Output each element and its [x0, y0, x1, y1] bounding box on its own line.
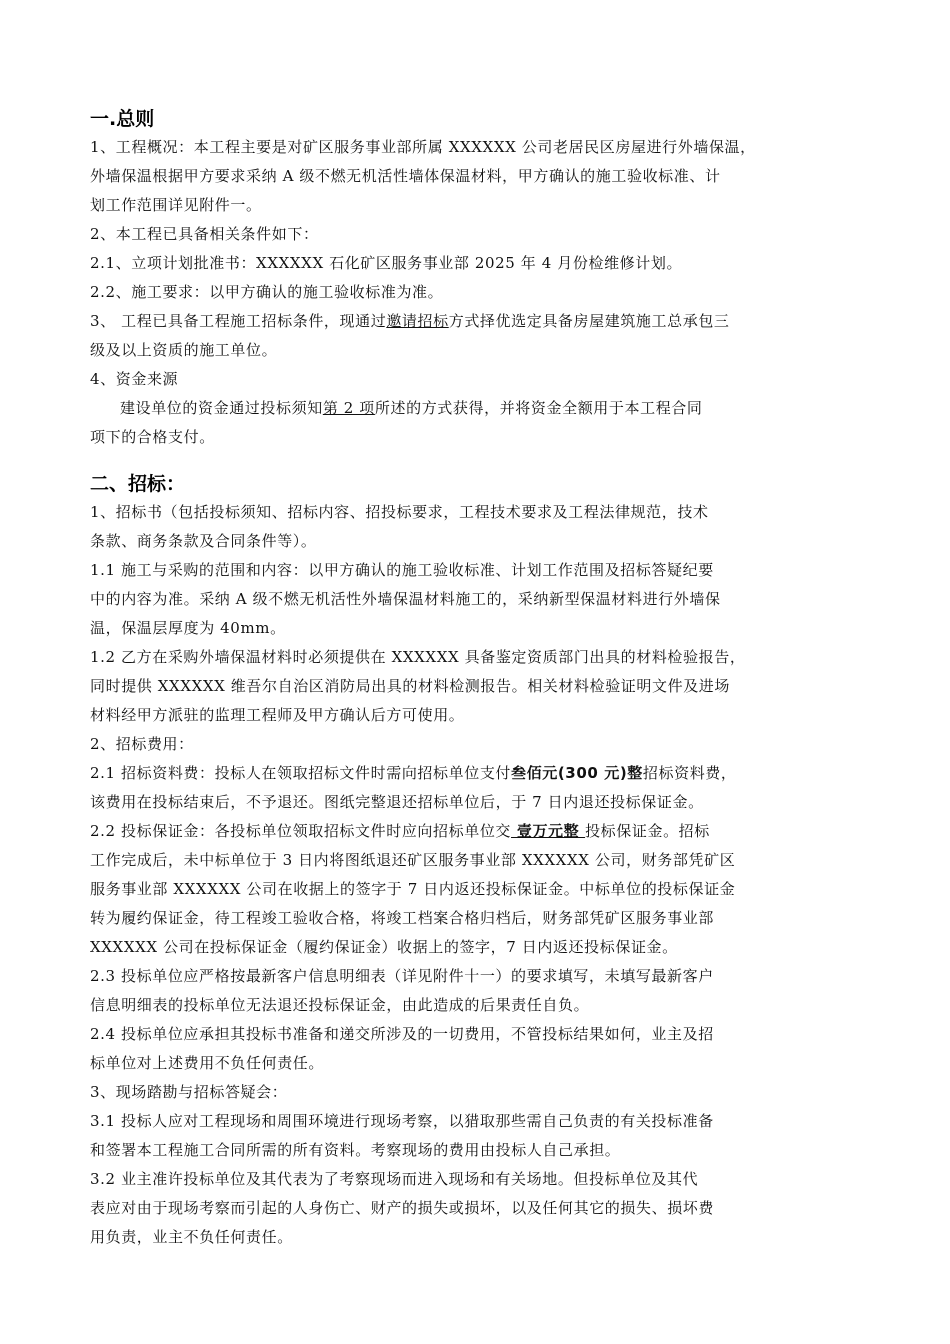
section-heading-bidding: 二、招标：	[90, 470, 865, 498]
section-heading-general: 一.总则	[90, 105, 865, 133]
text: 2.2 投标保证金：各投标单位领取招标文件时应向招标单位交	[90, 822, 511, 840]
section-gap	[90, 452, 865, 470]
text: 所述的方式获得，并将资金全额用于本工程合同	[375, 399, 703, 417]
paragraph-line: 项下的合格支付。	[90, 423, 865, 452]
paragraph-line: 用负责，业主不负任何责任。	[90, 1223, 865, 1252]
paragraph-line: 条款、商务条款及合同条件等）。	[90, 527, 865, 556]
paragraph-line: 1、工程概况：本工程主要是对矿区服务事业部所属 XXXXXX 公司老居民区房屋进…	[90, 133, 865, 162]
paragraph-line: 级及以上资质的施工单位。	[90, 336, 865, 365]
text: 建设单位的资金通过投标须知	[120, 399, 323, 417]
paragraph-line: 工作完成后，未中标单位于 3 日内将图纸退还矿区服务事业部 XXXXXX 公司，…	[90, 846, 865, 875]
paragraph-line: 该费用在投标结束后，不予退还。图纸完整退还招标单位后，于 7 日内退还投标保证金…	[90, 788, 865, 817]
paragraph-line: 2.1、立项计划批准书：XXXXXX 石化矿区服务事业部 2025 年 4 月份…	[90, 249, 865, 278]
text: 2.1 招标资料费：投标人在领取招标文件时需向招标单位支付	[90, 764, 511, 782]
paragraph-line: 转为履约保证金，待工程竣工验收合格，将竣工档案合格归档后，财务部凭矿区服务事业部	[90, 904, 865, 933]
paragraph-line: 2.2、施工要求：以甲方确认的施工验收标准为准。	[90, 278, 865, 307]
bold-amount-300: 叁佰元(300 元)整	[511, 764, 643, 782]
text: 方式择优选定具备房屋建筑施工总承包三	[449, 312, 730, 330]
paragraph-line: 材料经甲方派驻的监理工程师及甲方确认后方可使用。	[90, 701, 865, 730]
paragraph-line: 服务事业部 XXXXXX 公司在收据上的签字于 7 日内返还投标保证金。中标单位…	[90, 875, 865, 904]
paragraph-line-fee: 2.1 招标资料费：投标人在领取招标文件时需向招标单位支付叁佰元(300 元)整…	[90, 759, 865, 788]
paragraph-line: XXXXXX 公司在投标保证金（履约保证金）收据上的签字，7 日内返还投标保证金…	[90, 933, 865, 962]
paragraph-line: 中的内容为准。采纳 A 级不燃无机活性外墙保温材料施工的，采纳新型保温材料进行外…	[90, 585, 865, 614]
document-page: 一.总则 1、工程概况：本工程主要是对矿区服务事业部所属 XXXXXX 公司老居…	[90, 105, 865, 1252]
paragraph-line: 3.2 业主准许投标单位及其代表为了考察现场而进入现场和有关场地。但投标单位及其…	[90, 1165, 865, 1194]
bold-amount-10000: 壹万元整	[511, 822, 585, 840]
paragraph-line-item3: 3、 工程已具备工程施工招标条件，现通过邀请招标方式择优选定具备房屋建筑施工总承…	[90, 307, 865, 336]
paragraph-line: 和签署本工程施工合同所需的所有资料。考察现场的费用由投标人自己承担。	[90, 1136, 865, 1165]
paragraph-line-funding: 建设单位的资金通过投标须知第 2 项所述的方式获得，并将资金全额用于本工程合同	[90, 394, 865, 423]
text: 投标保证金。招标	[585, 822, 710, 840]
underlined-ref-item2: 第 2 项	[323, 399, 375, 417]
paragraph-line: 划工作范围详见附件一。	[90, 191, 865, 220]
text: 招标资料费，	[643, 764, 737, 782]
paragraph-line: 信息明细表的投标单位无法退还投标保证金，由此造成的后果责任自负。	[90, 991, 865, 1020]
paragraph-line: 2、招标费用：	[90, 730, 865, 759]
paragraph-line: 2.4 投标单位应承担其投标书准备和递交所涉及的一切费用，不管投标结果如何，业主…	[90, 1020, 865, 1049]
paragraph-line-deposit: 2.2 投标保证金：各投标单位领取招标文件时应向招标单位交 壹万元整 投标保证金…	[90, 817, 865, 846]
underlined-term-invited-bidding: 邀请招标	[386, 312, 448, 330]
paragraph-line: 温，保温层厚度为 40mm。	[90, 614, 865, 643]
subheading-funding-source: 4、资金来源	[90, 365, 865, 394]
text: 3、 工程已具备工程施工招标条件，现通过	[90, 312, 386, 330]
paragraph-line: 3、现场踏勘与招标答疑会：	[90, 1078, 865, 1107]
paragraph-line: 同时提供 XXXXXX 维吾尔自治区消防局出具的材料检测报告。相关材料检验证明文…	[90, 672, 865, 701]
paragraph-line: 外墙保温根据甲方要求采纳 A 级不燃无机活性墙体保温材料，甲方确认的施工验收标准…	[90, 162, 865, 191]
paragraph-line: 1.2 乙方在采购外墙保温材料时必须提供在 XXXXXX 具备鉴定资质部门出具的…	[90, 643, 865, 672]
paragraph-line: 表应对由于现场考察而引起的人身伤亡、财产的损失或损坏，以及任何其它的损失、损坏费	[90, 1194, 865, 1223]
paragraph-line: 1、招标书（包括投标须知、招标内容、招投标要求，工程技术要求及工程法律规范，技术	[90, 498, 865, 527]
paragraph-line: 2.3 投标单位应严格按最新客户信息明细表（详见附件十一）的要求填写，未填写最新…	[90, 962, 865, 991]
paragraph-line: 标单位对上述费用不负任何责任。	[90, 1049, 865, 1078]
paragraph-line: 1.1 施工与采购的范围和内容：以甲方确认的施工验收标准、计划工作范围及招标答疑…	[90, 556, 865, 585]
paragraph-line: 3.1 投标人应对工程现场和周围环境进行现场考察，以猎取那些需自己负责的有关投标…	[90, 1107, 865, 1136]
paragraph-line: 2、本工程已具备相关条件如下：	[90, 220, 865, 249]
